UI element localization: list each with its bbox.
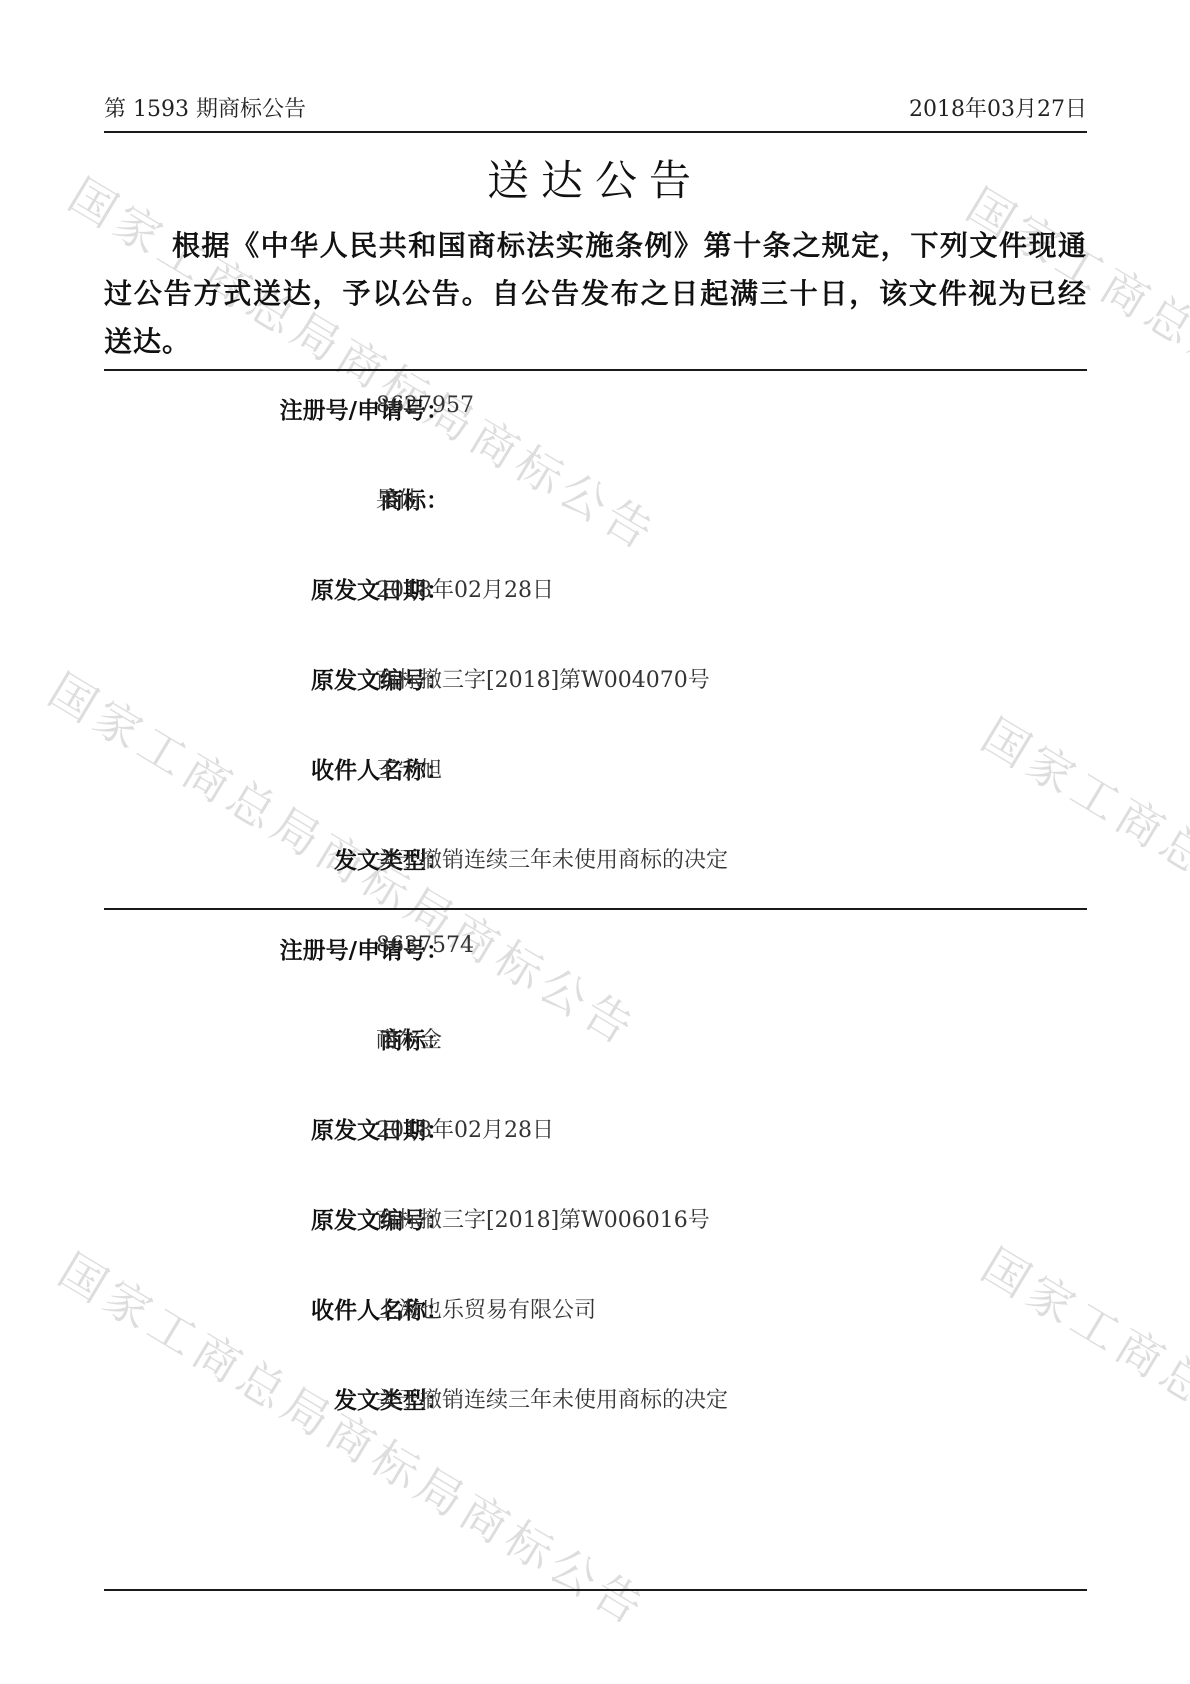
field-recipient: 收件人名称： 上海也乐贸易有限公司 [104,1292,1087,1332]
field-value: 商标撤三字[2018]第W004070号 [376,663,710,694]
field-recipient: 收件人名称： 王宁旭 [104,752,1087,792]
field-value: 关于撤销连续三年未使用商标的决定 [376,843,728,874]
field-orig-date: 原发文日期： 2018年02月28日 [104,1112,1087,1152]
intro-paragraph: 根据《中华人民共和国商标法实施条例》第十条之规定，下列文件现通过公告方式送达，予… [104,222,1087,366]
watermark: 国家工商总局商标局商标公告 [971,1230,1190,1635]
issue-number: 第 1593 期商标公告 [104,92,306,123]
field-reg-no: 注册号/申请号： 8637574 [104,932,1087,972]
field-value: 关于撤销连续三年未使用商标的决定 [376,1383,728,1414]
field-value: 2018年02月28日 [376,573,554,604]
field-orig-no: 原发文编号： 商标撤三字[2018]第W006016号 [104,1202,1087,1242]
field-value: 耐尔金 [376,1023,442,1054]
field-value: 果仙 [376,483,420,514]
field-trademark: 商标： 耐尔金 [104,1022,1087,1062]
field-orig-date: 原发文日期： 2018年02月28日 [104,572,1087,612]
field-value: 上海也乐贸易有限公司 [376,1293,596,1324]
field-value: 8637574 [376,933,474,958]
page-title: 送达公告 [0,148,1190,208]
field-trademark: 商标： 果仙 [104,482,1087,522]
field-doc-type: 发文类型： 关于撤销连续三年未使用商标的决定 [104,1382,1087,1422]
field-value: 王宁旭 [376,753,442,784]
field-doc-type: 发文类型： 关于撤销连续三年未使用商标的决定 [104,842,1087,882]
record-divider [104,908,1087,910]
issue-date: 2018年03月27日 [909,92,1087,123]
field-value: 商标撤三字[2018]第W006016号 [376,1203,710,1234]
footer-divider [104,1589,1087,1591]
field-value: 2018年02月28日 [376,1113,554,1144]
section-divider [104,369,1087,371]
page-header: 第 1593 期商标公告 2018年03月27日 [104,92,1087,132]
field-orig-no: 原发文编号： 商标撤三字[2018]第W004070号 [104,662,1087,702]
document-page: 国家工商总局商标局商标公告 国家工商总局商标局商标公告 国家工商总局商标局商标公… [0,0,1190,1684]
field-value: 8627957 [376,393,474,418]
header-divider [104,131,1087,133]
field-reg-no: 注册号/申请号： 8627957 [104,392,1087,432]
